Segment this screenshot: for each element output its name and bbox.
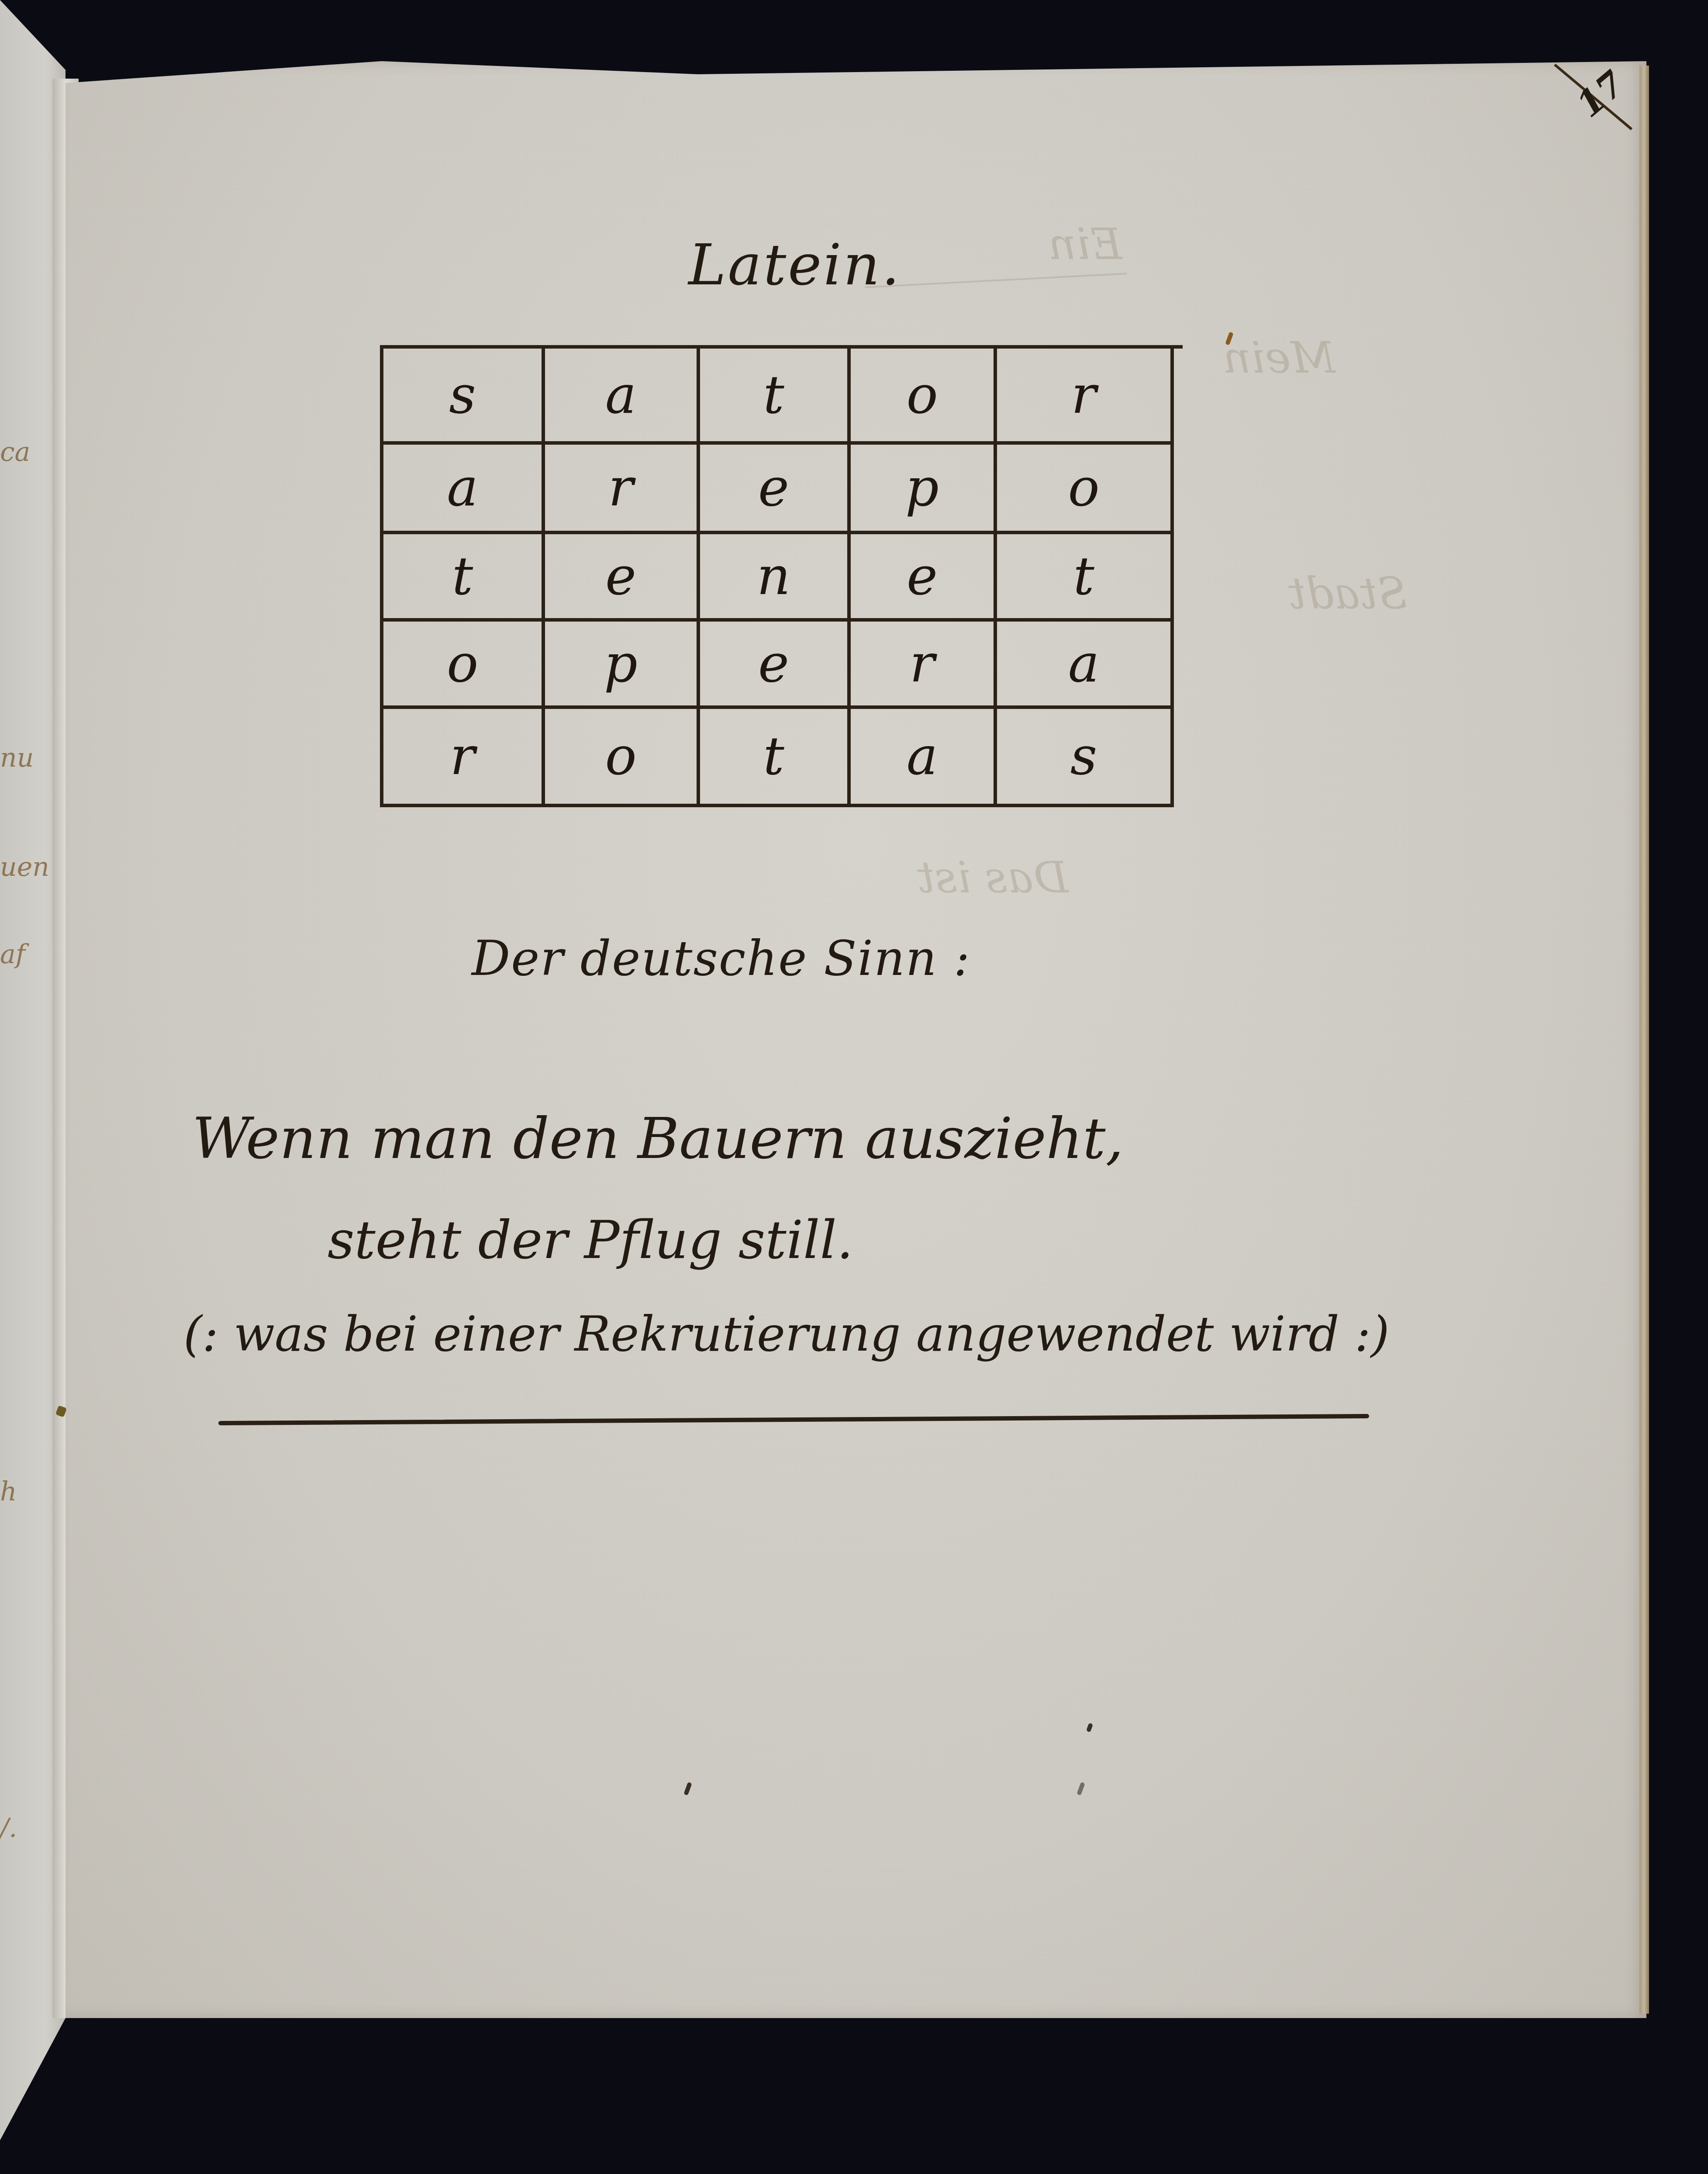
section-heading: Der deutsche Sinn : [472,930,971,986]
grid-cell: t [997,534,1174,622]
grid-cell: p [851,445,997,534]
grid-cell: o [545,709,700,807]
handwritten-line: (: was bei einer Rekrutierung angewendet… [183,1306,1390,1362]
bleed-through-text: Stadt [1288,568,1408,619]
grid-cell: r [383,709,545,807]
grid-cell: a [545,349,700,445]
grid-cell: e [851,534,997,622]
grid-cell: o [383,622,545,709]
handwritten-line: steht der Pflug still. [328,1210,853,1271]
grid-cell: p [545,622,700,709]
left-page-ink-fragment: /. [0,1813,17,1843]
bleed-through-text: Mein [1223,332,1335,383]
grid-cell: s [997,709,1174,807]
bleed-through-text: Ein [1048,218,1122,270]
grid-cell: r [997,349,1174,445]
grid-cell: o [997,445,1174,534]
sator-square-grid: s a t o r a r e p o t e n e t o p e r a … [380,345,1183,807]
grid-cell: r [545,445,700,534]
left-page-ink-fragment: ca [0,437,30,467]
page-fore-edge [1639,66,1649,2014]
grid-cell: t [383,534,545,622]
left-page-ink-fragment: uen [0,852,49,882]
grid-cell: a [383,445,545,534]
grid-cell: a [997,622,1174,709]
grid-cell: t [700,709,851,807]
book-photo: ca nu uen af h /. Ein Mein Stadt Das ist… [0,0,1708,2174]
handwritten-line: Wenn man den Bauern auszieht, [192,1105,1124,1172]
grid-cell: e [545,534,700,622]
page-title: Latein. [620,232,970,298]
grid-cell: n [700,534,851,622]
grid-cell: e [700,445,851,534]
left-page-ink-fragment: af [0,939,25,970]
grid-cell: s [383,349,545,445]
grid-cell: e [700,622,851,709]
grid-cell: o [851,349,997,445]
left-page-ink-fragment: nu [0,743,34,773]
grid-cell: a [851,709,997,807]
grid-cell: r [851,622,997,709]
left-page-ink-fragment: h [0,1476,17,1507]
grid-cell: t [700,349,851,445]
bleed-through-text: Das ist [917,852,1068,903]
